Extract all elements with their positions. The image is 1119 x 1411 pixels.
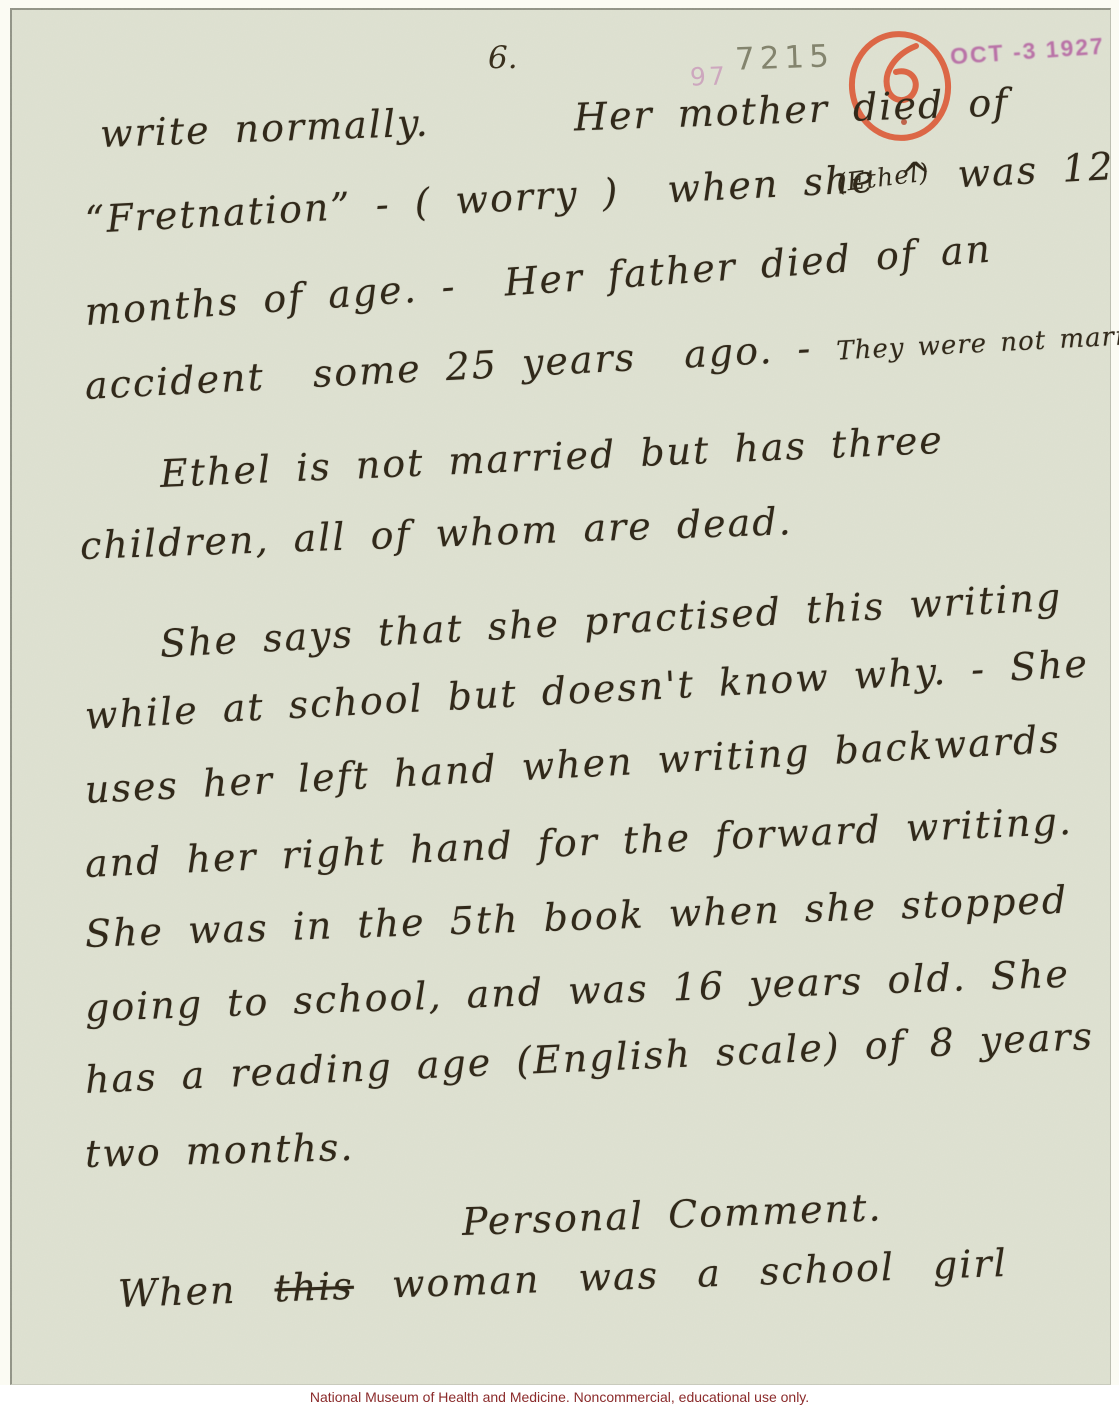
footer-bar: National Museum of Health and Medicine. … bbox=[0, 1385, 1119, 1411]
footer-credit: National Museum of Health and Medicine. … bbox=[310, 1389, 809, 1405]
closing-pre: When bbox=[117, 1267, 275, 1316]
struck-word: this bbox=[274, 1264, 355, 1311]
penciled-number-stamp: 97 bbox=[690, 61, 729, 91]
serial-number-stamp: 7215 bbox=[734, 38, 834, 77]
handwritten-line: two months. bbox=[84, 1125, 355, 1176]
scanned-document-page: 6. 97 7215 OCT -3 1927 write normally. H… bbox=[0, 0, 1119, 1411]
page-number: 6. bbox=[488, 40, 518, 76]
